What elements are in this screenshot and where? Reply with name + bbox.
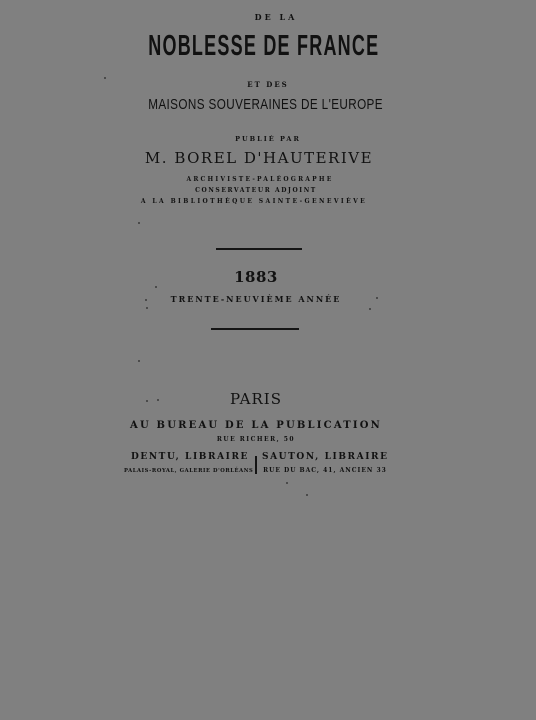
- scan-speck: [104, 77, 106, 79]
- scanned-title-page: DE LA NOBLESSE DE FRANCE ET DES MAISONS …: [0, 0, 536, 720]
- published-by-label: PUBLIÉ PAR: [0, 135, 536, 143]
- scan-speck: [157, 399, 159, 401]
- de-la-heading: DE LA: [8, 12, 536, 22]
- publication-year: 1883: [0, 268, 524, 286]
- bookseller-address: RUE DU BAC, 41, ANCIEN 33: [260, 467, 390, 474]
- scan-speck: [286, 482, 288, 484]
- publication-city: PARIS: [0, 390, 524, 408]
- author-credential: ARCHIVISTE-PALÉOGRAPHE: [0, 176, 528, 183]
- scan-speck: [138, 222, 140, 224]
- horizontal-rule: [211, 328, 299, 330]
- author-name: M. BOREL D'HAUTERIVE: [0, 149, 527, 167]
- scan-speck: [145, 299, 147, 301]
- bookseller-name: DENTU, LIBRAIRE: [128, 452, 252, 462]
- scan-speck: [369, 308, 371, 310]
- vertical-divider: [255, 456, 257, 474]
- author-credential: CONSERVATEUR ADJOINT: [0, 187, 524, 194]
- scan-speck: [146, 307, 148, 309]
- publisher-name: AU BUREAU DE LA PUBLICATION: [0, 420, 524, 431]
- scan-speck: [155, 286, 157, 288]
- edition-label: TRENTE-NEUVIÈME ANNÉE: [0, 294, 524, 304]
- subtitle: MAISONS SOUVERAINES DE L'EUROPE: [57, 96, 475, 113]
- publisher-address: RUE RICHER, 50: [0, 436, 524, 443]
- main-title: NOBLESSE DE FRANCE: [98, 30, 430, 63]
- bookseller-address: PALAIS-ROYAL, GALERIE D'ORLÉANS: [124, 468, 252, 474]
- scan-speck: [376, 297, 378, 299]
- horizontal-rule: [216, 248, 302, 250]
- author-credential: A LA BIBLIOTHÈQUE SAINTE-GENEVIÈVE: [0, 198, 522, 205]
- bookseller-name: SAUTON, LIBRAIRE: [262, 452, 386, 462]
- scan-speck: [146, 400, 148, 402]
- et-des-connector: ET DES: [0, 80, 536, 89]
- scan-speck: [138, 360, 140, 362]
- scan-speck: [306, 494, 308, 496]
